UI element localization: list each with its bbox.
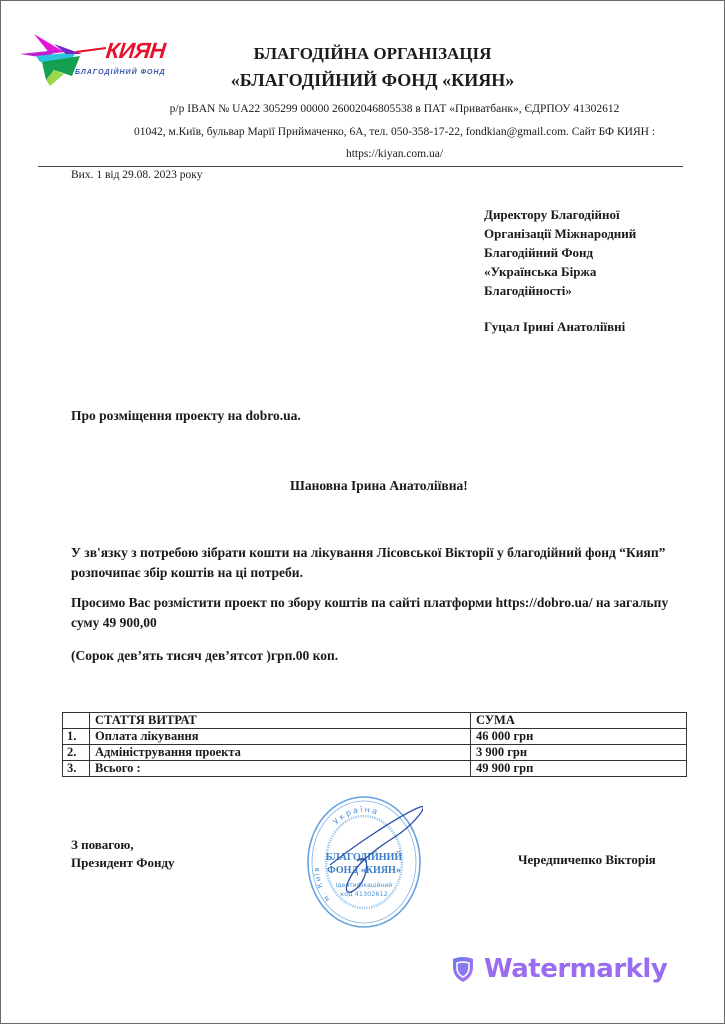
watermark: Watermarkly: [450, 954, 667, 984]
row-amount: 46 000 грн: [471, 729, 687, 745]
outgoing-number: Вих. 1 від 29.08. 2023 року: [71, 169, 202, 181]
row-num: 2.: [63, 745, 90, 761]
svg-text:ФОНД «КИЯН»: ФОНД «КИЯН»: [327, 865, 401, 876]
letter-greeting: Шановна Ірина Анатоліївна!: [290, 478, 468, 494]
closing-block: З повагою, Президент Фонду: [71, 836, 175, 872]
header-divider: [38, 166, 683, 167]
row-item: Оплата лікування: [90, 729, 471, 745]
svg-text:ідентифікаційний: ідентифікаційний: [336, 882, 392, 889]
shield-icon: [450, 955, 476, 983]
row-item: Адміністрування проекта: [90, 745, 471, 761]
closing-position: Президент Фонду: [71, 854, 175, 872]
signer-name: Чередпичепко Вікторія: [518, 852, 656, 868]
address-contacts: 01042, м.Київ, бульвар Марії Приймаченко…: [32, 126, 725, 138]
row-item: Всього :: [90, 761, 471, 777]
row-num: 3.: [63, 761, 90, 777]
addressee-name: Гуцал Ірині Анатоліївні: [484, 317, 636, 336]
bank-details: р/р IBAN № UA22 305299 00000 26002046805…: [32, 103, 725, 115]
official-stamp: Україна м. Київ БЛАГОДІЙНИЙ ФОНД «КИЯН» …: [305, 795, 423, 930]
addressee-line: Директору Благодійної: [484, 205, 636, 224]
table-row: 1. Оплата лікування 46 000 грн: [63, 729, 687, 745]
budget-table: СТАТТЯ ВИТРАТ СУМА 1. Оплата лікування 4…: [62, 712, 687, 777]
header-cell-amount: СУМА: [471, 713, 687, 729]
body-paragraph-1: У зв'язку з потребою зібрати кошти на лі…: [71, 543, 681, 583]
amount-in-words: (Сорок дев’ять тисяч дев’ятсот )грп.00 к…: [71, 646, 681, 666]
row-num: 1.: [63, 729, 90, 745]
row-amount: 49 900 грп: [471, 761, 687, 777]
addressee-line: «Українська Біржа: [484, 262, 636, 281]
body-paragraph-2: Просимо Вас розмістити проект по збору к…: [71, 593, 681, 633]
letter-subject: Про розміщення проекту на dobro.ua.: [71, 408, 301, 424]
header-cell-num: [63, 713, 90, 729]
table-row: 2. Адміністрування проекта 3 900 грн: [63, 745, 687, 761]
org-name: «БЛАГОДІЙНИЙ ФОНД «КИЯН»: [10, 70, 725, 91]
addressee-line: Благодійності»: [484, 281, 636, 300]
watermark-text: Watermarkly: [484, 954, 667, 984]
row-amount: 3 900 грн: [471, 745, 687, 761]
addressee-line: Благодійний Фонд: [484, 243, 636, 262]
table-header-row: СТАТТЯ ВИТРАТ СУМА: [63, 713, 687, 729]
closing-regards: З повагою,: [71, 836, 175, 854]
addressee-line: Організації Міжнародний: [484, 224, 636, 243]
svg-text:БЛАГОДІЙНИЙ: БЛАГОДІЙНИЙ: [326, 851, 403, 863]
addressee-block: Директору Благодійної Організації Міжнар…: [484, 205, 636, 336]
website-link[interactable]: https://kiyan.com.ua/: [32, 148, 725, 160]
header-cell-item: СТАТТЯ ВИТРАТ: [90, 713, 471, 729]
org-type: БЛАГОДІЙНА ОРГАНІЗАЦІЯ: [10, 44, 725, 64]
table-row: 3. Всього : 49 900 грп: [63, 761, 687, 777]
stamp-seal-icon: Україна м. Київ БЛАГОДІЙНИЙ ФОНД «КИЯН» …: [305, 795, 423, 930]
